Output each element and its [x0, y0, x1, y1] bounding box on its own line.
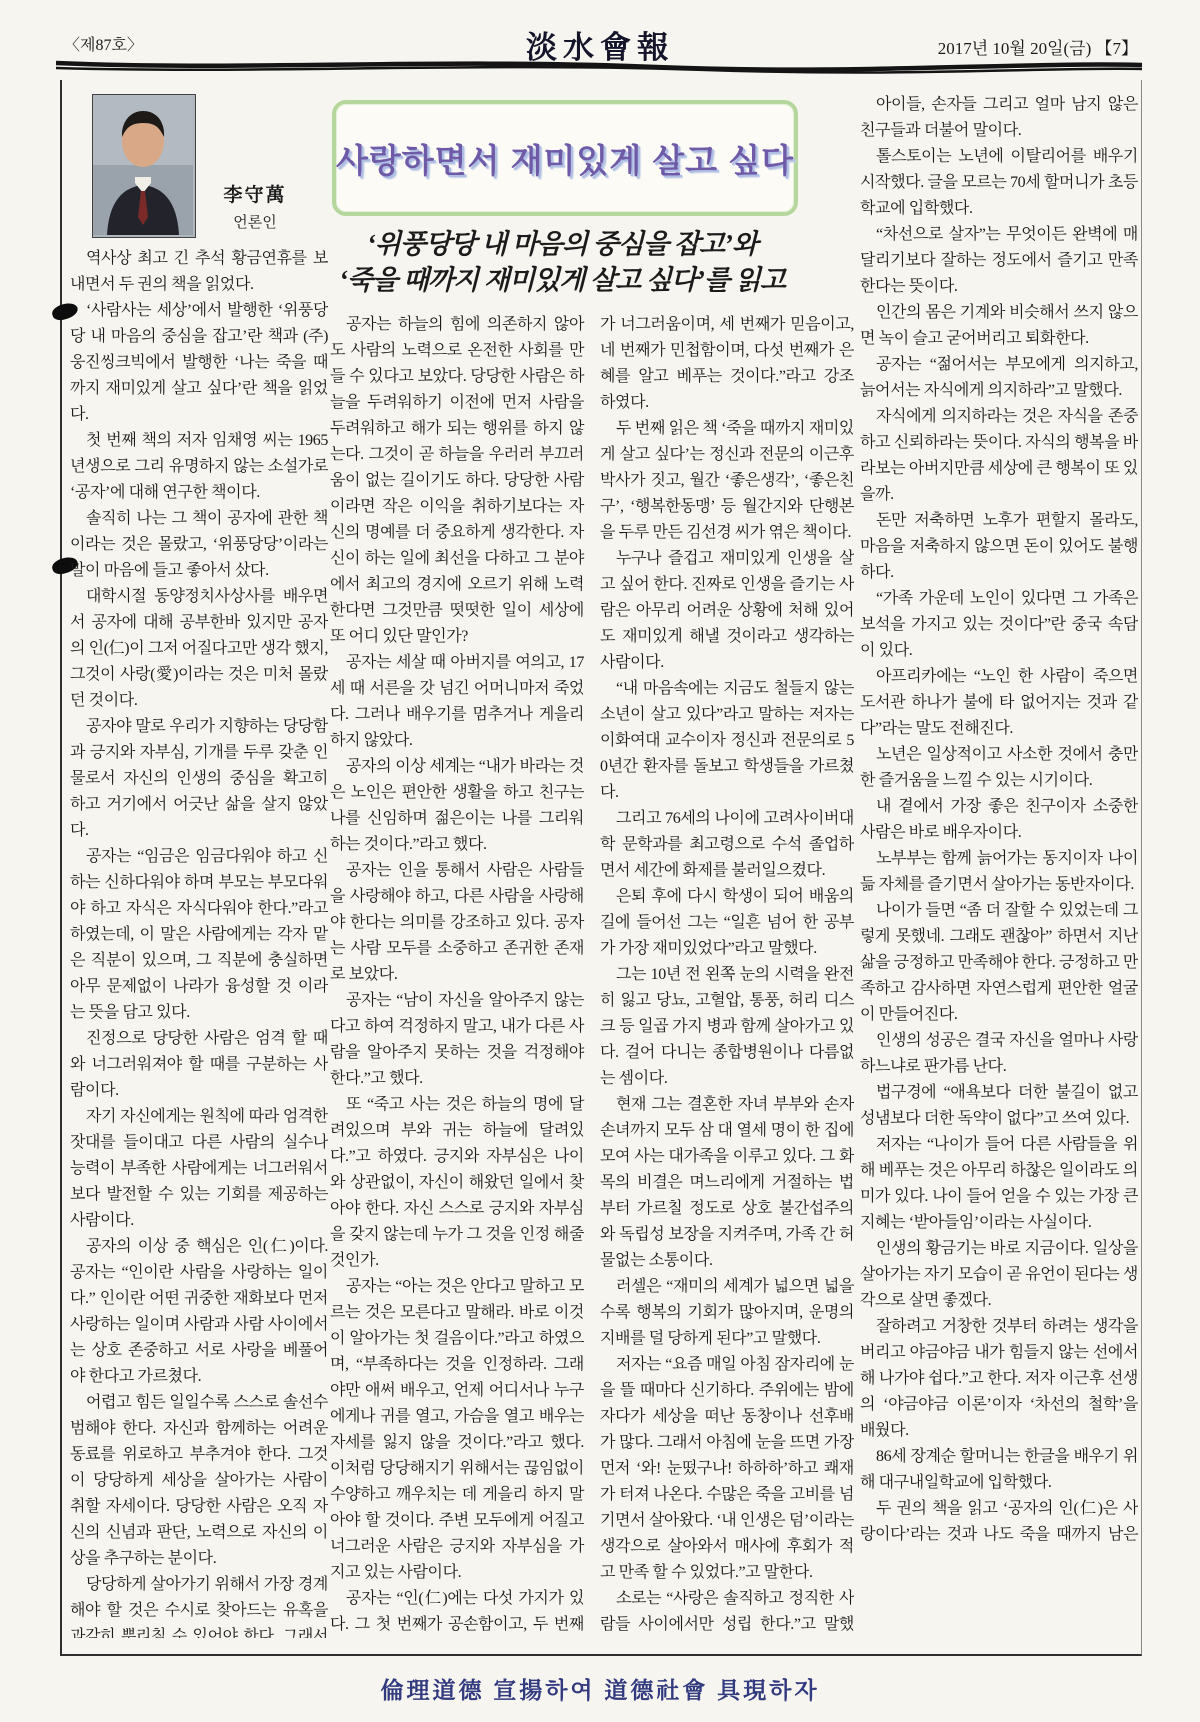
- subtitle-line-2: ‘죽을 때까지 재미있게 살고 싶다’를 읽고: [312, 262, 812, 298]
- paragraph: 두 번째 읽은 책 ‘죽을 때까지 재미있게 살고 싶다’는 정신과 전문의 이…: [600, 416, 854, 546]
- paragraph: 공자는 “임금은 임금다워야 하고 신하는 신하다워야 하며 부모는 부모다워야…: [70, 844, 328, 1026]
- paragraph: 인생의 황금기는 바로 지금이다. 일상을 살아가는 자기 모습이 곧 유언이 …: [860, 1236, 1138, 1314]
- paragraph: 그는 10년 전 왼쪽 눈의 시력을 완전히 잃고 당뇨, 고혈압, 통풍, 허…: [600, 962, 854, 1092]
- portrait-illustration: [93, 95, 193, 235]
- author-name: 李守萬: [200, 180, 310, 207]
- paragraph: 돈만 저축하면 노후가 편할지 몰라도, 마음을 저축하지 않으면 돈이 있어도…: [860, 508, 1138, 586]
- paragraph: 공자는 “남이 자신을 알아주지 않는다고 하여 걱정하지 말고, 내가 다른 …: [330, 988, 584, 1092]
- columns-2-3-text: 공자는 하늘의 힘에 의존하지 않아도 사람의 노력으로 온전한 사회를 만들 …: [330, 312, 854, 1648]
- paragraph: 두 권의 책을 읽고 ‘공자의 인(仁)은 사랑이다’라는 것과 나도 죽을 때…: [860, 1496, 1138, 1544]
- paragraph: 나이가 들면 “좀 더 잘할 수 있었는데 그렇게 못했네. 그래도 괜찮아” …: [860, 898, 1138, 1028]
- paragraph: 노년은 일상적이고 사소한 것에서 충만한 즐거움을 느낄 수 있는 시기이다.: [860, 742, 1138, 794]
- paragraph: 진정으로 당당한 사람은 엄격 할 때와 너그러워져야 할 때를 구분하는 사람…: [70, 1026, 328, 1104]
- column-4-text: 아이들, 손자들 그리고 얼마 남지 않은 친구들과 더불어 말이다.톨스토이는…: [860, 92, 1138, 1544]
- paragraph: 내 곁에서 가장 좋은 친구이자 소중한 사람은 바로 배우자이다.: [860, 794, 1138, 846]
- newspaper-page: 〈제87호〉 淡水會報 2017년 10월 20일(금) 【7】 李守萬 언론인: [0, 0, 1200, 1722]
- paragraph: 공자는 인을 통해서 사람은 사람들을 사랑해야 하고, 다른 사람을 사랑해야…: [330, 858, 584, 988]
- paragraph: ‘사람사는 세상’에서 발행한 ‘위풍당당 내 마음의 중심을 잡고’란 책과 …: [70, 298, 328, 428]
- paragraph: 어렵고 힘든 일일수록 스스로 솔선수범해야 한다. 자신과 함께하는 어려운 …: [70, 1390, 328, 1572]
- paragraph: 솔직히 나는 그 책이 공자에 관한 책이라는 것은 몰랐고, ‘위풍당당’이라…: [70, 506, 328, 584]
- paragraph: 노부부는 함께 늙어가는 동지이자 나이 듦 자체를 즐기면서 살아가는 동반자…: [860, 846, 1138, 898]
- footer-slogan: 倫理道德 宣揚하여 道德社會 具現하자: [380, 1678, 819, 1703]
- paragraph: “가족 가운데 노인이 있다면 그 가족은 보석을 가지고 있는 것이다”란 중…: [860, 586, 1138, 664]
- paragraph: 잘하려고 거창한 것부터 하려는 생각을 버리고 야금야금 내가 힘들지 않는 …: [860, 1314, 1138, 1444]
- paragraph: 첫 번째 책의 저자 임채영 씨는 1965년생으로 그리 유명하지 않는 소설…: [70, 428, 328, 506]
- article-subtitle: ‘위풍당당 내 마음의 중심을 잡고’와 ‘죽을 때까지 재미있게 살고 싶다’…: [312, 226, 812, 298]
- paragraph: 저자는 “요즘 매일 아침 잠자리에 눈을 뜰 때마다 신기하다. 주위에는 밤…: [600, 1352, 854, 1586]
- header-rule: [56, 56, 1142, 76]
- paragraph: “내 마음속에는 지금도 철들지 않는 소년이 살고 있다”라고 말하는 저자는…: [600, 676, 854, 806]
- footer: 倫理道德 宣揚하여 道德社會 具現하자: [0, 1672, 1200, 1705]
- paragraph: 공자는 세살 때 아버지를 여의고, 17세 때 서른을 갓 넘긴 어머니마저 …: [330, 650, 584, 754]
- paragraph: 공자는 “젊어서는 부모에게 의지하고, 늙어서는 자식에게 의지하라”고 말했…: [860, 352, 1138, 404]
- paragraph: 대학시절 동양정치사상사를 배우면서 공자에 대해 공부한바 있지만 공자의 인…: [70, 584, 328, 714]
- paragraph: 공자의 이상 중 핵심은 인(仁)이다. 공자는 “인이란 사람을 사랑하는 일…: [70, 1234, 328, 1390]
- author-photo: [92, 94, 196, 238]
- paragraph: 인생의 성공은 결국 자신을 얼마나 사랑하느냐로 판가름 난다.: [860, 1028, 1138, 1080]
- paragraph: 자기 자신에게는 원칙에 따라 엄격한 잣대를 들이대고 다른 사람의 실수나 …: [70, 1104, 328, 1234]
- article-title-box: 사랑하면서 재미있게 살고 싶다: [332, 100, 798, 216]
- paragraph: 은퇴 후에 다시 학생이 되어 배움의 길에 들어선 그는 “일흔 넘어 한 공…: [600, 884, 854, 962]
- paragraph: 아이들, 손자들 그리고 얼마 남지 않은 친구들과 더불어 말이다.: [860, 92, 1138, 144]
- paragraph: 현재 그는 결혼한 자녀 부부와 손자 손녀까지 모두 삼 대 열세 명이 한 …: [600, 1092, 854, 1274]
- paragraph: 그리고 76세의 나이에 고려사이버대학 문학과를 최고령으로 수석 졸업하면서…: [600, 806, 854, 884]
- paragraph: 공자의 이상 세계는 “내가 바라는 것은 노인은 편안한 생활을 하고 친구는…: [330, 754, 584, 858]
- subtitle-line-1: ‘위풍당당 내 마음의 중심을 잡고’와: [312, 226, 812, 262]
- paragraph: 러셀은 “재미의 세계가 넓으면 넓을수록 행복의 기회가 많아지며, 운명의 …: [600, 1274, 854, 1352]
- paragraph: 아프리카에는 “노인 한 사람이 죽으면 도서관 하나가 불에 타 없어지는 것…: [860, 664, 1138, 742]
- paragraph: 공자는 하늘의 힘에 의존하지 않아도 사람의 노력으로 온전한 사회를 만들 …: [330, 312, 584, 650]
- article-title: 사랑하면서 재미있게 살고 싶다: [336, 135, 794, 182]
- paragraph: 공자는 “아는 것은 안다고 말하고 모르는 것은 모른다고 말해라. 바로 이…: [330, 1274, 584, 1586]
- paragraph: 자식에게 의지하라는 것은 자식을 존중하고 신뢰하라는 뜻이다. 자식의 행복…: [860, 404, 1138, 508]
- paragraph: 86세 장계순 할머니는 한글을 배우기 위해 대구내일학교에 입학했다.: [860, 1444, 1138, 1496]
- paragraph: 톨스토이는 노년에 이탈리어를 배우기 시작했다. 글을 모르는 70세 할머니…: [860, 144, 1138, 222]
- byline: 李守萬 언론인: [200, 180, 310, 232]
- paragraph: 역사상 최고 긴 추석 황금연휴를 보내면서 두 권의 책을 읽었다.: [70, 246, 328, 298]
- paragraph: 저자는 “나이가 들어 다른 사람들을 위해 베푸는 것은 아무리 하찮은 일이…: [860, 1132, 1138, 1236]
- paragraph: 또 “죽고 사는 것은 하늘의 명에 달려있으며 부와 귀는 하늘에 달려있다.…: [330, 1092, 584, 1274]
- paragraph: 당당하게 살아가기 위해서 가장 경계해야 할 것은 수시로 찾아드는 유혹을 …: [70, 1572, 328, 1638]
- paragraph: 공자야 말로 우리가 지향하는 당당함과 긍지와 자부심, 기개를 두루 갖춘 …: [70, 714, 328, 844]
- paragraph: “차선으로 살자”는 무엇이든 완벽에 매달리기보다 잘하는 정도에서 즐기고 …: [860, 222, 1138, 300]
- article-body: 李守萬 언론인 역사상 최고 긴 추석 황금연휴를 보내면서 두 권의 책을 읽…: [60, 80, 1142, 1656]
- paragraph: 인간의 몸은 기계와 비슷해서 쓰지 않으면 녹이 슬고 굳어버리고 퇴화한다.: [860, 300, 1138, 352]
- paragraph: 법구경에 “애욕보다 더한 불길이 없고 성냄보다 더한 독약이 없다”고 쓰여…: [860, 1080, 1138, 1132]
- paragraph: 누구나 즐겁고 재미있게 인생을 살고 싶어 한다. 진짜로 인생을 즐기는 사…: [600, 546, 854, 676]
- column-1-text: 역사상 최고 긴 추석 황금연휴를 보내면서 두 권의 책을 읽었다.‘사람사는…: [70, 246, 328, 1638]
- author-role: 언론인: [200, 211, 310, 232]
